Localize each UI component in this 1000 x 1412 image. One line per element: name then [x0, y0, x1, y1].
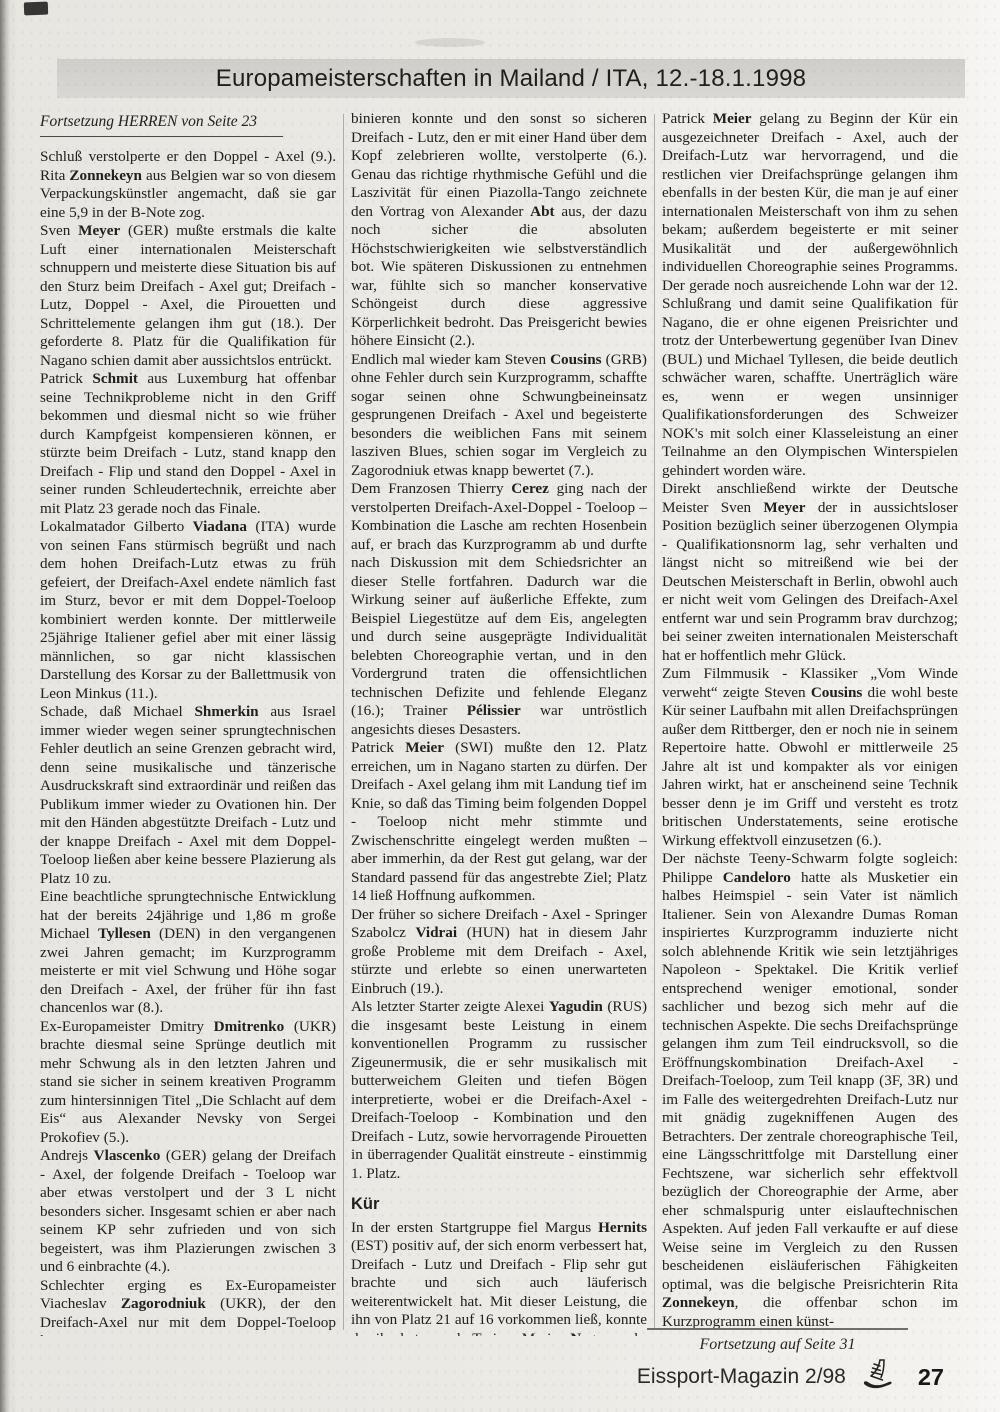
continuation-note: Fortsetzung HERREN von Seite 23 — [40, 112, 283, 137]
paragraph: Lokalmatador Gilberto Viadana (ITA) wurd… — [40, 518, 336, 703]
athlete-name: Dmitrenko — [214, 1018, 285, 1035]
athlete-name: Shmerkin — [194, 703, 258, 720]
paragraph: Patrick Meier (SWI) mußte den 12. Platz … — [351, 739, 647, 906]
athlete-name: Tyllesen — [98, 925, 151, 942]
athlete-name: Zonnekeyn — [662, 1294, 735, 1311]
athlete-name: Cerez — [511, 480, 549, 497]
paragraph: Endlich mal wieder kam Steven Cousins (G… — [351, 351, 647, 481]
text-segment: In der ersten Startgruppe fiel Margus — [351, 1219, 598, 1236]
paragraph: Schlechter erging es Ex-Europameister Vi… — [40, 1277, 336, 1337]
text-segment: Sven — [40, 222, 78, 239]
text-segment: gelang zu Beginn der Kür ein ausgezeichn… — [662, 110, 958, 479]
paragraph: Patrick Schmit aus Luxemburg hat offenba… — [40, 370, 336, 518]
text-segment: (UKR) brachte diesmal seine Sprünge deut… — [40, 1018, 336, 1146]
continuation-next-note: Fortsetzung auf Seite 31 — [647, 1336, 908, 1354]
athlete-name: Zonnekeyn — [69, 167, 142, 184]
header-banner: Europameisterschaften in Mailand / ITA, … — [57, 59, 965, 98]
athlete-name: Schmit — [92, 370, 138, 387]
scan-edge-shadow — [0, 0, 10, 1412]
paragraph: Sven Meyer (GER) mußte erstmals die kalt… — [40, 222, 336, 370]
text-segment: aus Luxemburg hat offenbar seine Technik… — [40, 370, 336, 517]
article-column-right: Patrick Meier gelang zu Beginn der Kür e… — [662, 110, 958, 1336]
paragraph: Andrejs Vlascenko (GER) gelang der Dreif… — [40, 1147, 336, 1277]
article-title: Europameisterschaften in Mailand / ITA, … — [216, 65, 806, 93]
article-body: Fortsetzung HERREN von Seite 23Schluß ve… — [40, 110, 958, 1350]
athlete-name: Vidrai — [415, 924, 457, 941]
athlete-name: Cousins — [550, 351, 602, 368]
athlete-name: Meyer — [78, 222, 120, 239]
text-segment: aus Israel immer wieder wegen seiner spr… — [40, 703, 336, 887]
paragraph: Ex-Europameister Dmitry Dmitrenko (UKR) … — [40, 1018, 336, 1148]
paragraph: binieren konnte und den sonst so sichere… — [351, 110, 647, 351]
text-segment: (GER) gelang der Dreifach - Axel, der fo… — [40, 1147, 336, 1275]
text-segment: (EST) positiv auf, der sich enorm verbes… — [351, 1237, 647, 1336]
paragraph: Direkt anschließend wirkte der Deutsche … — [662, 480, 958, 665]
magazine-name: Eissport-Magazin 2/98 — [637, 1365, 846, 1389]
text-segment: (GRB) ohne Fehler durch sein Kurzprogram… — [351, 351, 647, 479]
athlete-name: Cousins — [811, 684, 863, 701]
text-segment: Schade, daß Michael — [40, 703, 194, 720]
athlete-name: Negrea — [570, 1330, 616, 1337]
paragraph: Der früher so sichere Dreifach - Axel - … — [351, 906, 647, 999]
text-segment: Dem Franzosen Thierry — [351, 480, 511, 497]
paragraph: Eine beachtliche sprungtechnische Entwic… — [40, 888, 336, 1018]
text-segment: (RUS) die insgesamt beste Leistung in ei… — [351, 998, 647, 1182]
article-column-left: Fortsetzung HERREN von Seite 23Schluß ve… — [40, 110, 336, 1336]
paragraph: Als letzter Starter zeigte Alexei Yagudi… — [351, 998, 647, 1183]
text-segment: die wohl beste Kür seiner Laufbahn mit a… — [662, 684, 958, 849]
scan-artifact-mark — [24, 2, 48, 16]
scan-smudge — [415, 38, 485, 47]
athlete-name: Hernits — [598, 1219, 647, 1236]
athlete-name: Viadana — [193, 518, 247, 535]
athlete-name: Yagudin — [549, 998, 603, 1015]
text-segment: der in aussichtsloser Position bezüglich… — [662, 499, 958, 664]
text-segment: (ITA) wurde von seinen Fans stürmisch be… — [40, 518, 336, 702]
text-segment: Patrick — [662, 110, 713, 127]
text-segment: Andrejs — [40, 1147, 94, 1164]
article-column-middle: binieren konnte und den sonst so sichere… — [351, 110, 647, 1336]
text-segment: Patrick — [40, 370, 92, 387]
page-number: 27 — [918, 1364, 944, 1391]
athlete-name: Meier — [405, 739, 444, 756]
magazine-page: Europameisterschaften in Mailand / ITA, … — [0, 0, 1000, 1412]
text-segment: Lokalmatador Gilberto — [40, 518, 193, 535]
paragraph: Zum Filmmusik - Klassiker „Vom Winde ver… — [662, 665, 958, 850]
footer-rule — [647, 1328, 908, 1330]
paragraph: Schade, daß Michael Shmerkin aus Israel … — [40, 703, 336, 888]
paragraph: Der nächste Teeny-Schwarm folgte sogleic… — [662, 850, 958, 1331]
athlete-name: Zagorodniuk — [121, 1295, 206, 1312]
text-segment: aus, der dazu noch sicher die absoluten … — [351, 203, 647, 350]
text-segment: Als letzter Starter zeigte Alexei — [351, 998, 549, 1015]
text-segment: Endlich mal wieder kam Steven — [351, 351, 550, 368]
text-segment: (GER) mußte erstmals die kalte Luft eine… — [40, 222, 336, 369]
text-segment: ging nach der verstolperten Dreifach-Axe… — [351, 480, 647, 719]
paragraph: Dem Franzosen Thierry Cerez ging nach de… — [351, 480, 647, 739]
text-segment: hatte als Musketier ein halbes Heimspiel… — [662, 869, 958, 1293]
paragraph: Patrick Meier gelang zu Beginn der Kür e… — [662, 110, 958, 480]
column-divider — [343, 114, 344, 1330]
footer: Eissport-Magazin 2/98 27 — [560, 1356, 944, 1398]
athlete-name: Vlascenko — [94, 1147, 161, 1164]
paragraph: In der ersten Startgruppe fiel Margus He… — [351, 1219, 647, 1337]
athlete-name: Pélissier — [467, 702, 521, 719]
athlete-name: Abt — [530, 203, 554, 220]
athlete-name: Candeloro — [723, 869, 791, 886]
text-segment: (SWI) mußte den 12. Platz erreichen, um … — [351, 739, 647, 904]
athlete-name: Meier — [713, 110, 752, 127]
section-heading: Kür — [351, 1195, 647, 1214]
athlete-name: Meyer — [763, 499, 805, 516]
skate-icon — [859, 1358, 895, 1397]
text-segment: Ex-Europameister Dmitry — [40, 1018, 214, 1035]
column-divider — [654, 114, 655, 1330]
paragraph: Schluß verstolperte er den Doppel - Axel… — [40, 148, 336, 222]
text-segment: Patrick — [351, 739, 405, 756]
